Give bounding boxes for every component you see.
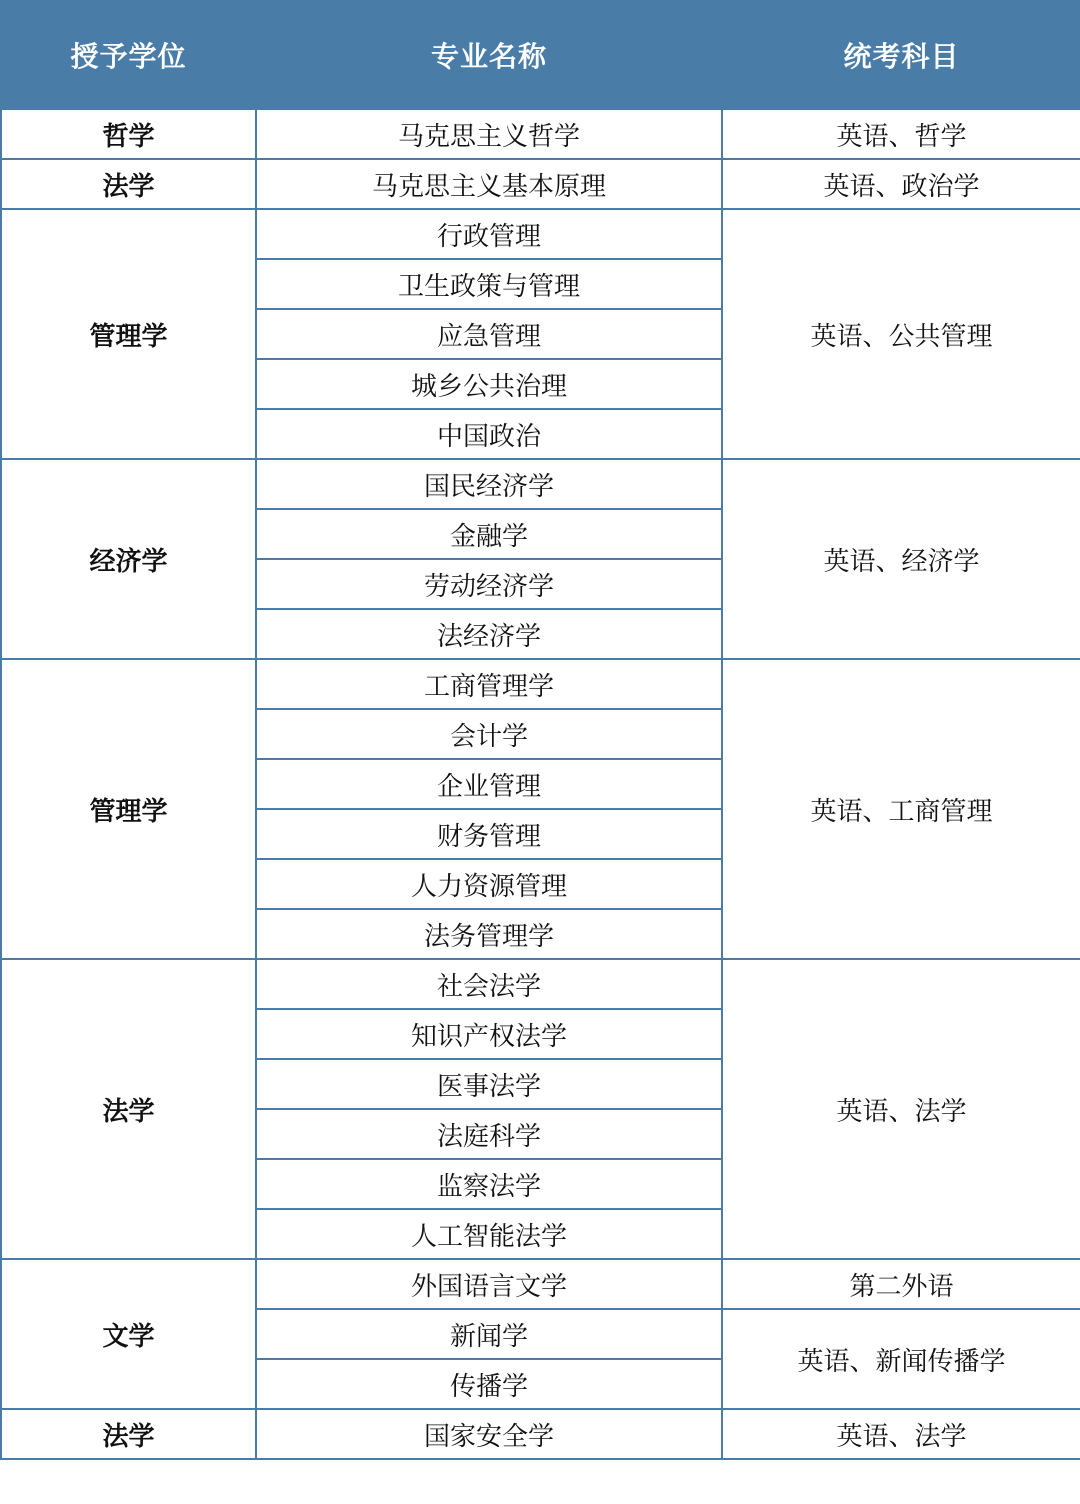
major-cell: 工商管理学 <box>256 659 722 709</box>
major-cell: 新闻学 <box>256 1309 722 1359</box>
table-row: 法学社会法学英语、法学 <box>1 959 1080 1009</box>
table-row: 法学国家安全学英语、法学 <box>1 1409 1080 1459</box>
degree-cell: 管理学 <box>1 209 256 459</box>
major-cell: 应急管理 <box>256 309 722 359</box>
table-row: 法学马克思主义基本原理英语、政治学 <box>1 159 1080 209</box>
header-major: 专业名称 <box>256 1 722 109</box>
major-cell: 社会法学 <box>256 959 722 1009</box>
degree-cell: 法学 <box>1 159 256 209</box>
degree-cell: 经济学 <box>1 459 256 659</box>
major-cell: 中国政治 <box>256 409 722 459</box>
table-row: 哲学马克思主义哲学英语、哲学 <box>1 109 1080 159</box>
degree-cell: 哲学 <box>1 109 256 159</box>
subjects-cell: 英语、公共管理 <box>722 209 1080 459</box>
major-cell: 国家安全学 <box>256 1409 722 1459</box>
major-cell: 金融学 <box>256 509 722 559</box>
header-subjects: 统考科目 <box>722 1 1080 109</box>
major-cell: 法经济学 <box>256 609 722 659</box>
major-cell: 马克思主义哲学 <box>256 109 722 159</box>
major-cell: 法庭科学 <box>256 1109 722 1159</box>
major-cell: 人力资源管理 <box>256 859 722 909</box>
table-row: 文学外国语言文学第二外语 <box>1 1259 1080 1309</box>
subjects-cell: 英语、工商管理 <box>722 659 1080 959</box>
degree-cell: 管理学 <box>1 659 256 959</box>
subjects-cell: 英语、哲学 <box>722 109 1080 159</box>
subjects-cell: 第二外语 <box>722 1259 1080 1309</box>
table-row: 管理学行政管理英语、公共管理 <box>1 209 1080 259</box>
table-body: 哲学马克思主义哲学英语、哲学法学马克思主义基本原理英语、政治学管理学行政管理英语… <box>1 109 1080 1459</box>
major-cell: 传播学 <box>256 1359 722 1409</box>
major-cell: 国民经济学 <box>256 459 722 509</box>
major-cell: 卫生政策与管理 <box>256 259 722 309</box>
major-cell: 人工智能法学 <box>256 1209 722 1259</box>
degree-cell: 文学 <box>1 1259 256 1409</box>
major-cell: 财务管理 <box>256 809 722 859</box>
subjects-cell: 英语、新闻传播学 <box>722 1309 1080 1409</box>
subjects-cell: 英语、政治学 <box>722 159 1080 209</box>
degree-cell: 法学 <box>1 1409 256 1459</box>
majors-table: 授予学位 专业名称 统考科目 哲学马克思主义哲学英语、哲学法学马克思主义基本原理… <box>0 0 1080 1460</box>
major-cell: 医事法学 <box>256 1059 722 1109</box>
major-cell: 劳动经济学 <box>256 559 722 609</box>
header-degree: 授予学位 <box>1 1 256 109</box>
major-cell: 企业管理 <box>256 759 722 809</box>
major-cell: 马克思主义基本原理 <box>256 159 722 209</box>
table-row: 经济学国民经济学英语、经济学 <box>1 459 1080 509</box>
major-cell: 法务管理学 <box>256 909 722 959</box>
subjects-cell: 英语、法学 <box>722 959 1080 1259</box>
major-cell: 知识产权法学 <box>256 1009 722 1059</box>
degree-cell: 法学 <box>1 959 256 1259</box>
table-row: 管理学工商管理学英语、工商管理 <box>1 659 1080 709</box>
major-cell: 外国语言文学 <box>256 1259 722 1309</box>
major-cell: 监察法学 <box>256 1159 722 1209</box>
major-cell: 会计学 <box>256 709 722 759</box>
subjects-cell: 英语、法学 <box>722 1409 1080 1459</box>
header-row: 授予学位 专业名称 统考科目 <box>1 1 1080 109</box>
major-cell: 城乡公共治理 <box>256 359 722 409</box>
subjects-cell: 英语、经济学 <box>722 459 1080 659</box>
major-cell: 行政管理 <box>256 209 722 259</box>
